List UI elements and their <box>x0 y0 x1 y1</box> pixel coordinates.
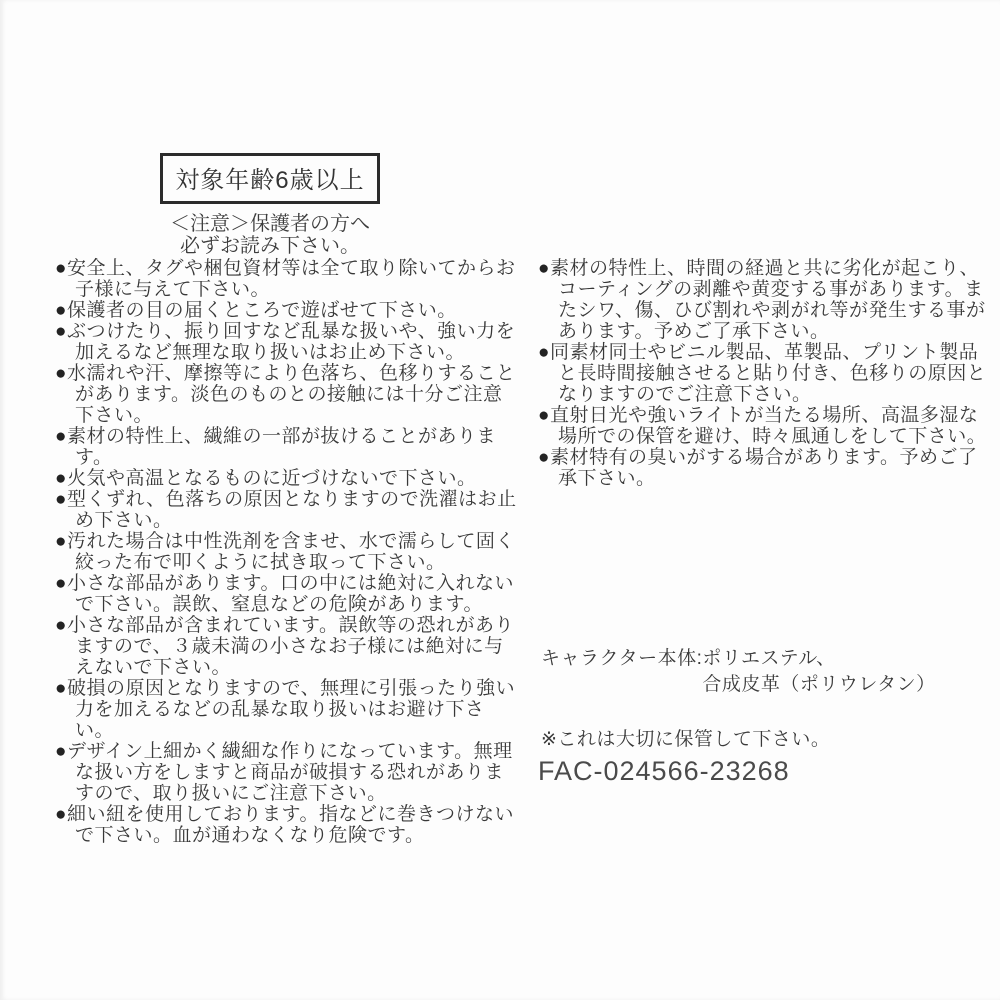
materials-line1: ポリエステル、 <box>702 646 935 672</box>
warning-item: 型くずれ、色落ちの原因となりますので洗濯はお止め下さい。 <box>55 489 517 531</box>
warning-item: 破損の原因となりますので、無理に引張ったり強い力を加えるなどの乱暴な取り扱いはお… <box>55 678 517 741</box>
warning-item: 小さな部品があります。口の中には絶対に入れないで下さい。誤飲、窒息などの危険があ… <box>55 573 517 615</box>
materials-label: キャラクター本体: <box>541 646 702 698</box>
warning-item: ぶつけたり、振り回すなど乱暴な扱いや、強い力を加えるなど無理な取り扱いはお止め下… <box>55 321 517 363</box>
warning-item: 素材の特性上、繊維の一部が抜けることがあります。 <box>55 426 517 468</box>
warning-item: 同素材同士やビニル製品、革製品、プリント製品と長時間接触させると貼り付き、色移り… <box>538 342 996 405</box>
warnings-left-column: 安全上、タグや梱包資材等は全て取り除いてからお子様に与えて下さい。 保護者の目の… <box>55 258 517 846</box>
materials-line2: 合成皮革（ポリウレタン） <box>702 672 935 698</box>
warning-item: 安全上、タグや梱包資材等は全て取り除いてからお子様に与えて下さい。 <box>55 258 517 300</box>
warnings-right-column: 素材の特性上、時間の経過と共に劣化が起こり、コーティングの剥離や黄変する事があり… <box>538 258 996 489</box>
care-label-sheet: 対象年齢6歳以上 ＜注意＞保護者の方へ 必ずお読み下さい。 安全上、タグや梱包資… <box>0 0 1000 1000</box>
warning-item: 保護者の目の届くところで遊ばせて下さい。 <box>55 300 517 321</box>
caution-heading-line2: 必ずお読み下さい。 <box>128 235 412 257</box>
age-restriction-label: 対象年齢6歳以上 <box>175 167 364 194</box>
caution-heading: ＜注意＞保護者の方へ 必ずお読み下さい。 <box>128 213 412 257</box>
header: 対象年齢6歳以上 ＜注意＞保護者の方へ 必ずお読み下さい。 <box>128 153 412 257</box>
warning-item: 素材特有の臭いがする場合があります。予めご了承下さい。 <box>538 447 996 489</box>
warning-item: 細い紐を使用しております。指などに巻きつけないで下さい。血が通わなくなり危険です… <box>55 804 517 846</box>
warning-item: 水濡れや汗、摩擦等により色落ち、色移りすることがあります。淡色のものとの接触には… <box>55 363 517 426</box>
materials-info: キャラクター本体: ポリエステル、 合成皮革（ポリウレタン） <box>541 646 936 698</box>
age-restriction-box: 対象年齢6歳以上 <box>160 153 379 204</box>
materials-values: ポリエステル、 合成皮革（ポリウレタン） <box>702 646 935 698</box>
warning-item: 小さな部品が含まれています。誤飲等の恐れがありますので、３歳未満の小さなお子様に… <box>55 615 517 678</box>
caution-heading-line1: ＜注意＞保護者の方へ <box>128 213 412 235</box>
warning-item: 直射日光や強いライトが当たる場所、高温多湿な場所での保管を避け、時々風通しをして… <box>538 405 996 447</box>
product-code: FAC-024566-23268 <box>538 756 790 787</box>
warning-item: 火気や高温となるものに近づけないで下さい。 <box>55 468 517 489</box>
warning-item: 素材の特性上、時間の経過と共に劣化が起こり、コーティングの剥離や黄変する事があり… <box>538 258 996 342</box>
warning-item: デザイン上細かく繊細な作りになっています。無理な扱い方をしますと商品が破損する恐… <box>55 741 517 804</box>
warning-item: 汚れた場合は中性洗剤を含ませ、水で濡らして固く絞った布で叩くように拭き取って下さ… <box>55 531 517 573</box>
keep-note: ※これは大切に保管して下さい。 <box>541 724 830 751</box>
